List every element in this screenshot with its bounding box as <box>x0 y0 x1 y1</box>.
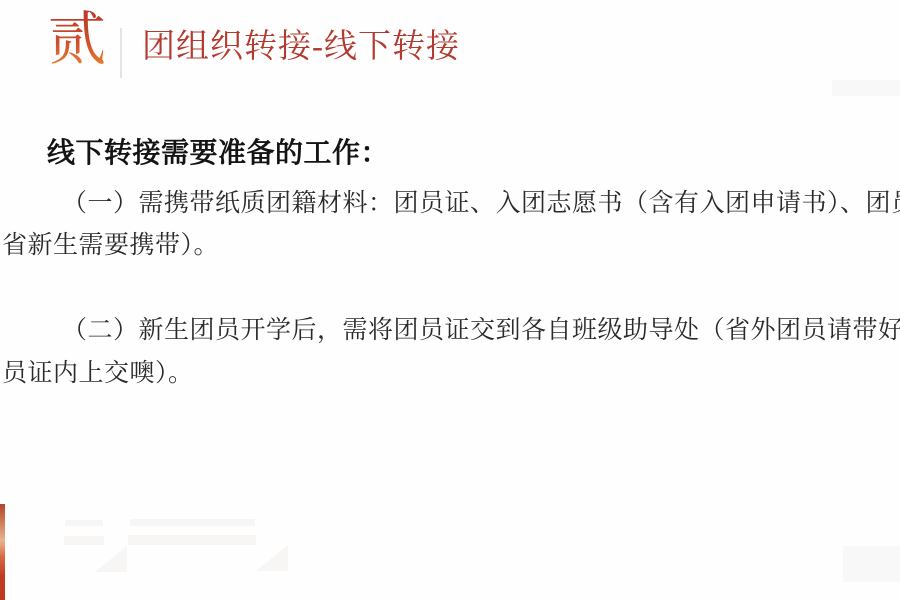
paragraph-1-line-2: 省新生需要携带）。 <box>2 230 219 260</box>
paragraph-2-line-1: （二）新生团员开学后，需将团员证交到各自班级助导处（省外团员请带好介绍信 <box>62 315 900 345</box>
ghost-artifact <box>95 546 127 572</box>
paragraph-1-line-1: （一）需携带纸质团籍材料：团员证、入团志愿书（含有入团申请书）、团员组织 <box>62 188 900 218</box>
presentation-slide: 贰 团组织转接-线下转接 线下转接需要准备的工作： （一）需携带纸质团籍材料：团… <box>0 0 900 600</box>
decorative-red-edge <box>0 504 5 600</box>
ghost-artifact <box>832 80 900 96</box>
section-heading: 线下转接需要准备的工作： <box>47 137 389 169</box>
slide-title: 团组织转接-线下转接 <box>142 28 460 66</box>
ghost-artifact <box>64 536 104 545</box>
section-number-numeral: 贰 <box>48 4 106 76</box>
paragraph-2-line-2: 员证内上交噢）。 <box>2 358 194 388</box>
ghost-artifact <box>256 545 288 571</box>
ghost-artifact <box>128 535 256 545</box>
header-divider <box>120 28 122 78</box>
ghost-artifact <box>65 520 103 526</box>
ghost-artifact <box>130 519 255 526</box>
ghost-artifact <box>843 546 900 582</box>
slide-header: 贰 团组织转接-线下转接 <box>48 4 460 78</box>
